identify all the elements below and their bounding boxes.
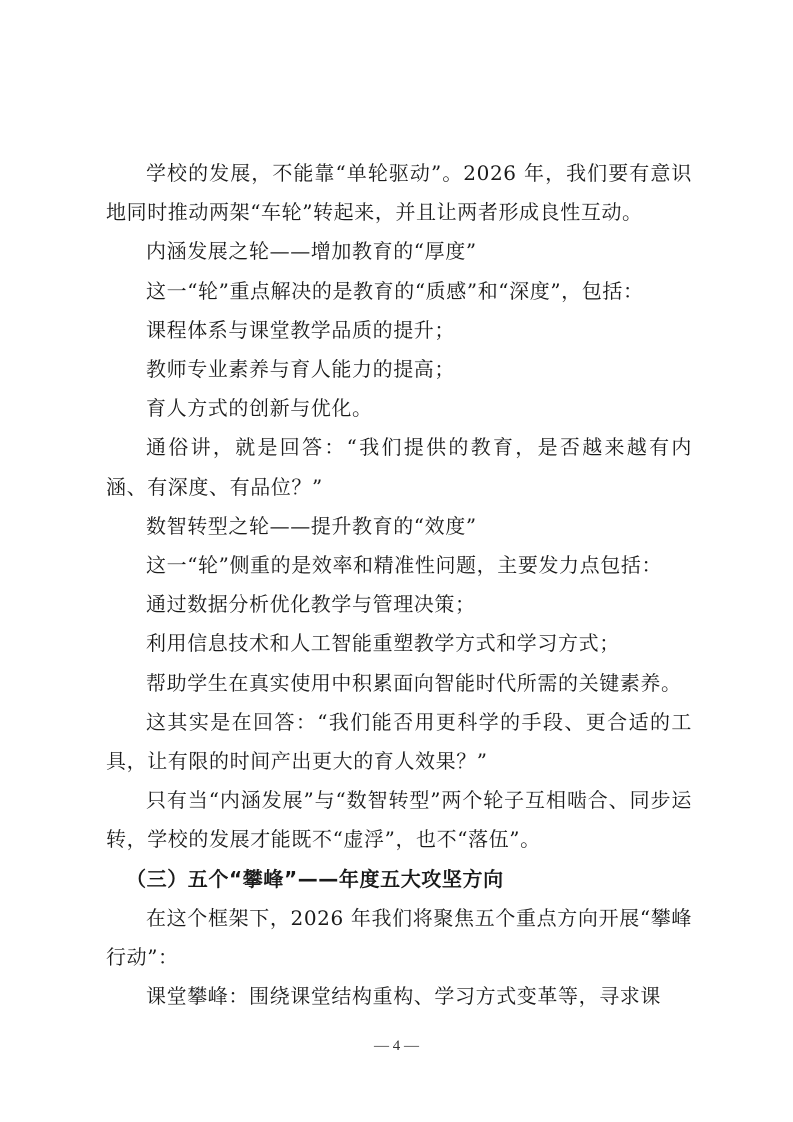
paragraph-digital-focus: 这一“轮”侧重的是效率和精准性问题，主要发力点包括： [106, 546, 692, 585]
paragraph-framework: 在这个框架下，2026 年我们将聚焦五个重点方向开展“攀峰行动”： [106, 899, 692, 977]
list-item: 教师专业素养与育人能力的提高； [106, 350, 692, 389]
list-item: 帮助学生在真实使用中积累面向智能时代所需的关键素养。 [106, 664, 692, 703]
list-item: 课程体系与课堂教学品质的提升； [106, 311, 692, 350]
paragraph-inner-focus: 这一“轮”重点解决的是教育的“质感”和“深度”，包括： [106, 272, 692, 311]
subheading-inner-development: 内涵发展之轮——增加教育的“厚度” [106, 232, 692, 271]
paragraph-classroom-peak: 课堂攀峰：围绕课堂结构重构、学习方式变革等，寻求课 [106, 977, 692, 1016]
subheading-digital-transformation: 数智转型之轮——提升教育的“效度” [106, 507, 692, 546]
paragraph-inner-summary: 通俗讲，就是回答：“我们提供的教育，是否越来越有内涵、有深度、有品位？” [106, 428, 692, 506]
paragraph-intro: 学校的发展，不能靠“单轮驱动”。2026 年，我们要有意识地同时推动两架“车轮”… [106, 154, 692, 232]
page-number: — 4 — [0, 1038, 793, 1055]
paragraph-two-wheels-conclusion: 只有当“内涵发展”与“数智转型”两个轮子互相啮合、同步运转，学校的发展才能既不“… [106, 781, 692, 859]
section-heading: （三）五个“攀峰”——年度五大攻坚方向 [106, 860, 692, 899]
list-item: 利用信息技术和人工智能重塑教学方式和学习方式； [106, 624, 692, 663]
paragraph-digital-summary: 这其实是在回答：“我们能否用更科学的手段、更合适的工具，让有限的时间产出更大的育… [106, 703, 692, 781]
document-page: 学校的发展，不能靠“单轮驱动”。2026 年，我们要有意识地同时推动两架“车轮”… [106, 154, 692, 1016]
list-item: 通过数据分析优化教学与管理决策； [106, 585, 692, 624]
list-item: 育人方式的创新与优化。 [106, 389, 692, 428]
